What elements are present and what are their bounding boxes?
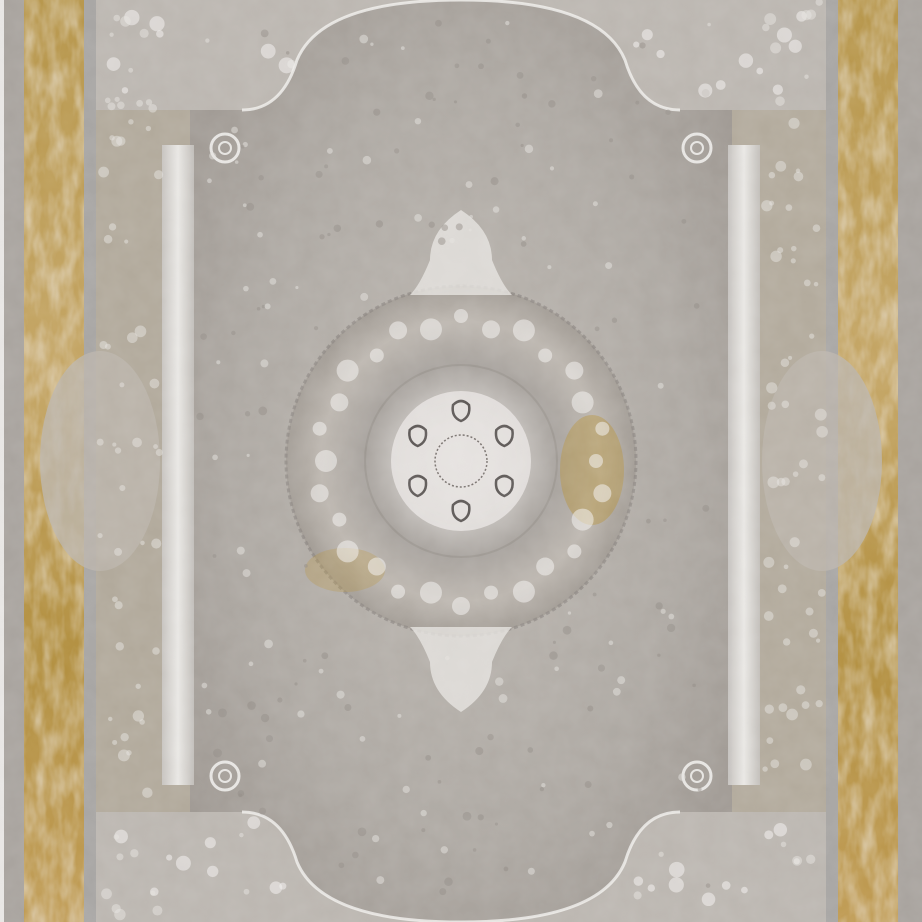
rug-illustration bbox=[0, 0, 922, 922]
rug-photo bbox=[0, 0, 922, 922]
